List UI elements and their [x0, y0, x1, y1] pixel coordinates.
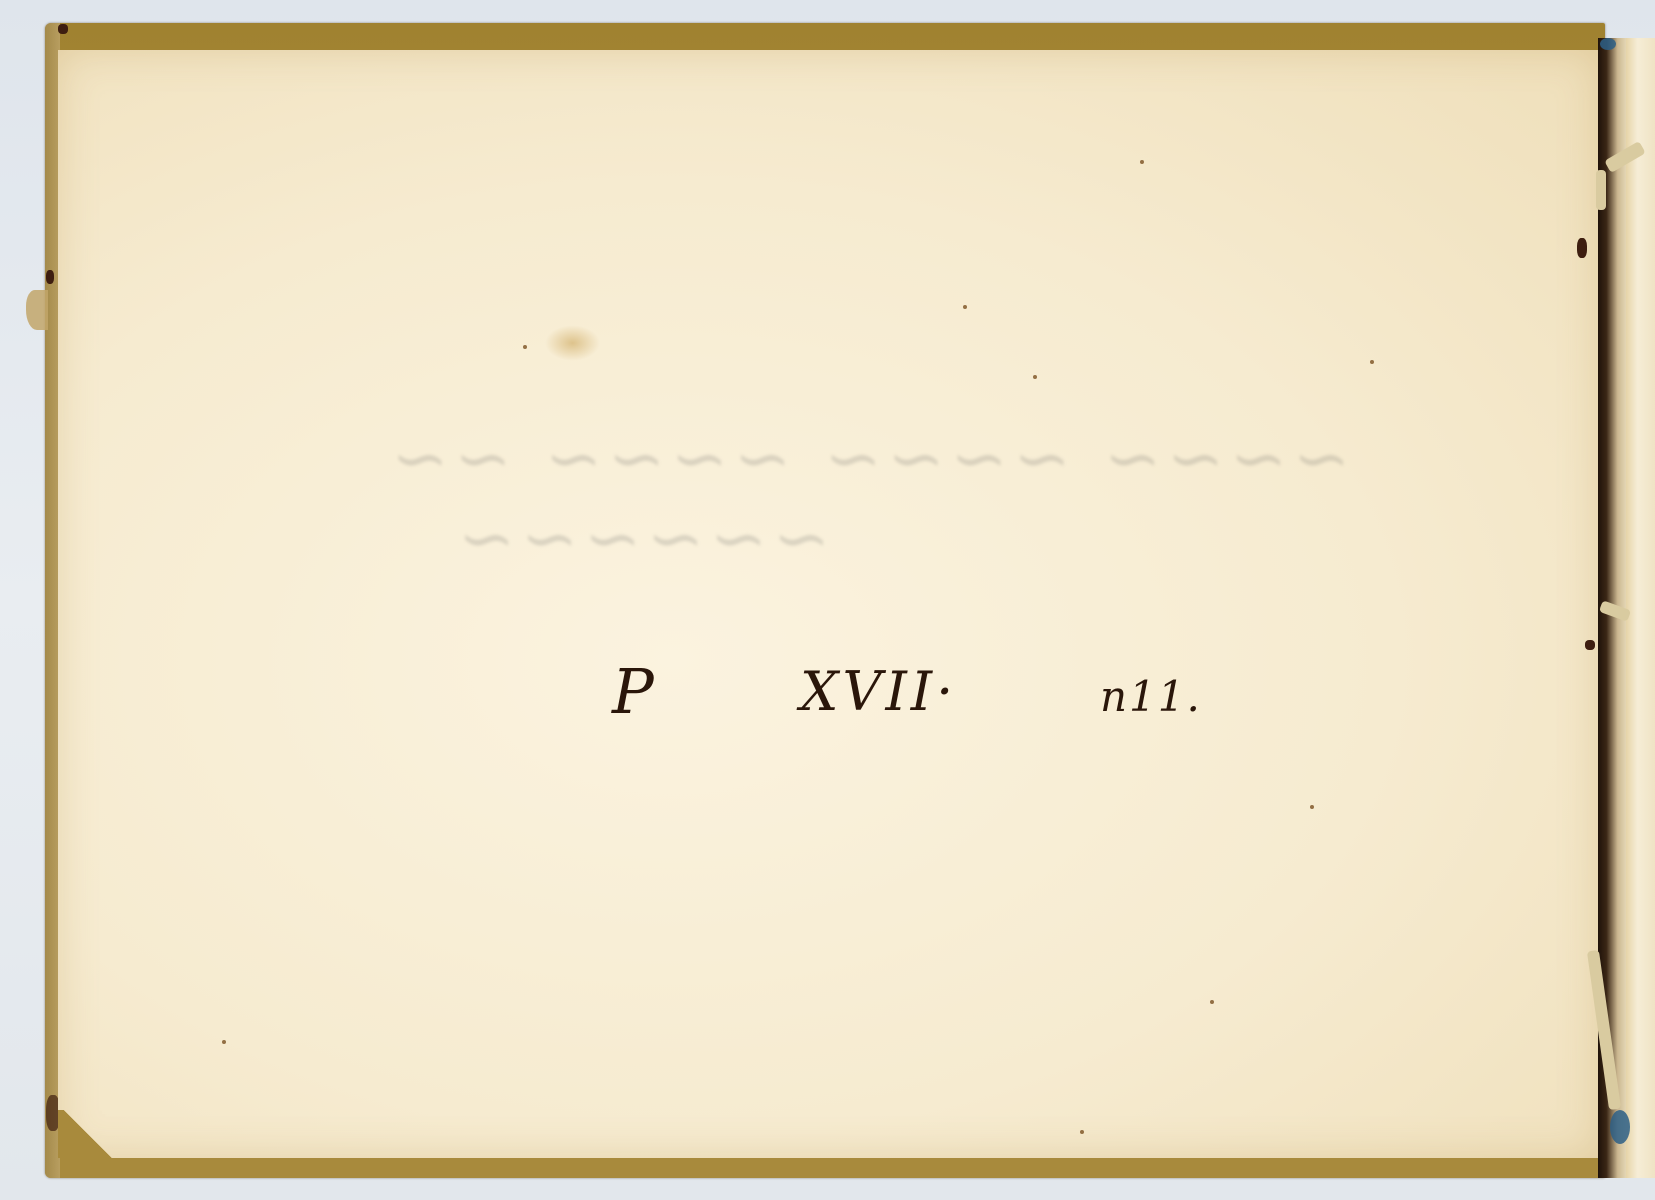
- paper-speck: [222, 1040, 226, 1044]
- cover-frayed-tab: [26, 290, 48, 330]
- ink-blot: [1585, 640, 1595, 650]
- cover-dark-spot: [58, 24, 68, 34]
- paper-speck: [1033, 375, 1037, 379]
- paper-speck: [1080, 1130, 1084, 1134]
- facing-pages-edge: [1626, 38, 1655, 1178]
- inscription-letter: P: [612, 655, 654, 728]
- ink-blot: [1577, 238, 1587, 258]
- paper-speck: [1310, 805, 1314, 809]
- inscription-roman-numeral: XVII·: [800, 660, 957, 723]
- inscription-number: n11.: [1100, 672, 1202, 721]
- paper-speck: [523, 345, 527, 349]
- paper-speck: [1370, 360, 1374, 364]
- paper-stain: [545, 325, 600, 361]
- binding-thread: [1596, 170, 1606, 210]
- paper-speck: [1140, 160, 1144, 164]
- show-through-line-2: ~~~~~~: [360, 500, 1350, 580]
- page-corner-fold: [58, 1110, 118, 1158]
- binding-thread-blue: [1600, 38, 1616, 50]
- paper-speck: [963, 305, 967, 309]
- show-through-line-1: ~~~~ ~~~~ ~~~~ ~~: [360, 420, 1350, 500]
- cover-dark-spot: [46, 270, 54, 284]
- binding-thread-blue: [1610, 1110, 1630, 1144]
- paper-speck: [1210, 1000, 1214, 1004]
- show-through-handwriting: ~~~~ ~~~~ ~~~~ ~~ ~~~~~~: [360, 420, 1350, 610]
